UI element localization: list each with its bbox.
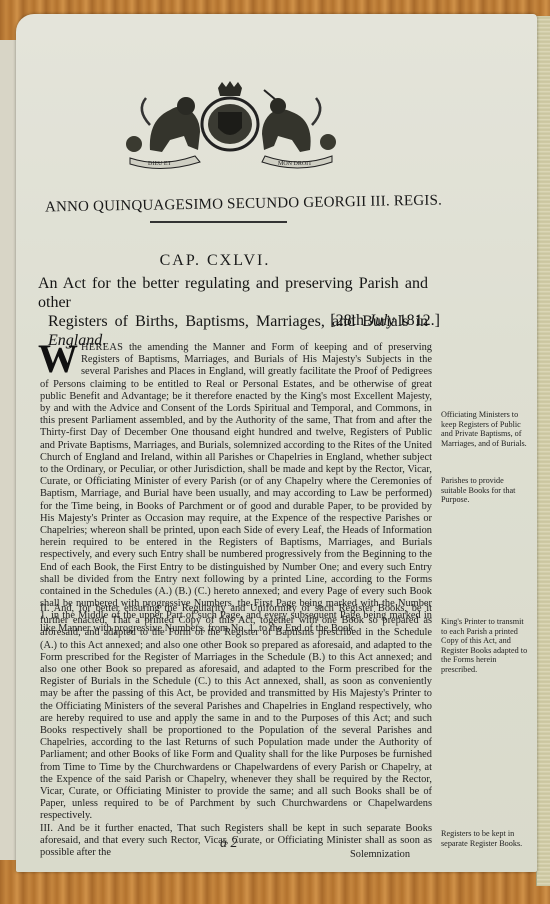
svg-text:MON DROIT: MON DROIT bbox=[278, 161, 312, 167]
chapter-number: CAP. CXLVI. bbox=[0, 252, 430, 270]
heading-rule bbox=[150, 221, 287, 223]
svg-text:DIEU ET: DIEU ET bbox=[148, 161, 171, 167]
date-month: July bbox=[368, 312, 395, 329]
royal-coat-of-arms-icon: DIEU ET MON DROIT bbox=[100, 80, 360, 170]
act-date: [28th July 1812.] bbox=[330, 312, 440, 330]
whereas-smallcaps: HEREAS bbox=[81, 342, 123, 353]
catchword: Solemnization bbox=[350, 849, 410, 860]
facing-page-edge bbox=[0, 40, 17, 860]
margin-note-kings-printer: King's Printer to transmit to each Paris… bbox=[441, 617, 529, 674]
drop-cap: W bbox=[38, 342, 78, 376]
page-stack-edge bbox=[536, 16, 550, 886]
margin-note-officiating-ministers: Officiating Ministers to keep Registers … bbox=[441, 410, 529, 448]
date-year: 1812.] bbox=[395, 312, 440, 329]
section-2-paragraph: II. And, for better ensuring the Regular… bbox=[40, 603, 432, 823]
signature-mark: a 2 bbox=[220, 836, 238, 852]
section-1-paragraph: WHEREAS the amending the Manner and Form… bbox=[40, 342, 432, 635]
section-1-text: the amending the Manner and Form of keep… bbox=[40, 342, 432, 634]
date-day: [28th bbox=[330, 312, 368, 329]
act-title-line-1: An Act for the better regulating and pre… bbox=[38, 274, 428, 312]
margin-note-separate-books: Registers to be kept in separate Registe… bbox=[441, 829, 529, 848]
margin-note-parishes-books: Parishes to provide suitable Books for t… bbox=[441, 476, 529, 505]
